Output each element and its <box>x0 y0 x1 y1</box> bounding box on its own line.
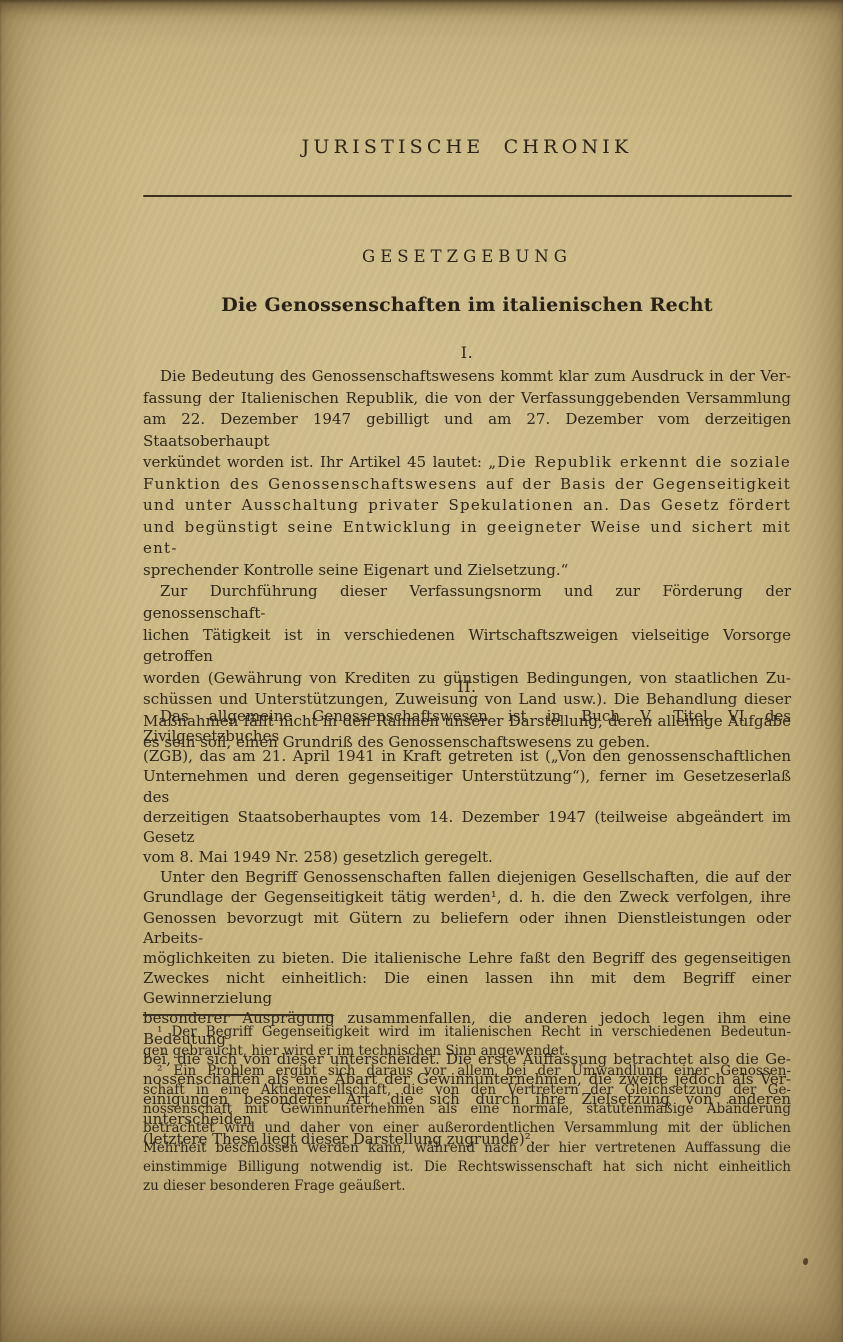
paragraph: Die Bedeutung des Genossenschaftswesens … <box>143 366 791 581</box>
text-line: ¹ Der Begriff Gegenseitigkeit wird im it… <box>143 1023 791 1042</box>
text-line: Unter den Begriff Genossenschaften falle… <box>143 867 791 887</box>
footnotes: ¹ Der Begriff Gegenseitigkeit wird im it… <box>143 1023 791 1196</box>
text-line: möglichkeiten zu bieten. Die italienisch… <box>143 948 791 968</box>
scanned-page: JURISTISCHE CHRONIK GESETZGEBUNG Die Gen… <box>0 0 843 1342</box>
text-line: lichen Tätigkeit ist in verschiedenen Wi… <box>143 625 791 668</box>
emphasized-quote-text: und begünstigt seine Entwicklung in geei… <box>143 517 791 560</box>
section-numeral-2: II. <box>143 677 791 696</box>
text-line: (ZGB), das am 21. April 1941 in Kraft ge… <box>143 746 791 766</box>
footnote-rule <box>143 1014 333 1016</box>
footnote-2: ² Ein Problem ergibt sich daraus vor all… <box>143 1062 791 1197</box>
text-line: einstimmige Billigung notwendig ist. Die… <box>143 1158 791 1177</box>
text-line: Unternehmen und deren gegenseitiger Unte… <box>143 766 791 806</box>
footnote-1: ¹ Der Begriff Gegenseitigkeit wird im it… <box>143 1023 791 1062</box>
text-line: fassung der Italienischen Republik, die … <box>143 388 791 410</box>
text-line: Grundlage der Gegenseitigkeit tätig werd… <box>143 887 791 907</box>
text-line: Genossen bevorzugt mit Gütern zu beliefe… <box>143 908 791 948</box>
journal-title: JURISTISCHE CHRONIK <box>143 136 791 158</box>
section-kicker: GESETZGEBUNG <box>143 247 791 266</box>
paragraph: Das allgemeine Genossenschaftswesen ist … <box>143 706 791 867</box>
text-line: Zweckes nicht einheitlich: Die einen las… <box>143 968 791 1008</box>
emphasized-quote-text: „Die Republik erkennt die soziale <box>488 453 791 471</box>
text-line: gen gebraucht, hier wird er im technisch… <box>143 1042 791 1061</box>
emphasized-quote-text: und unter Ausschaltung privater Spekulat… <box>143 495 791 517</box>
article-title: Die Genossenschaften im italienischen Re… <box>143 294 791 316</box>
text-line: sprechender Kontrolle seine Eigenart und… <box>143 560 791 582</box>
text-line: verkündet worden ist. Ihr Artikel 45 lau… <box>143 452 791 474</box>
text-line: Zur Durchführung dieser Verfassungsnorm … <box>143 581 791 624</box>
emphasized-quote-text: Funktion des Genossenschaftswesens auf d… <box>143 474 791 496</box>
text-line: schaft in eine Aktiengesellschaft, die v… <box>143 1081 791 1100</box>
header-rule <box>143 195 792 197</box>
text-line: betrachtet wird und daher von einer auße… <box>143 1119 791 1138</box>
text-line: derzeitigen Staatsoberhauptes vom 14. De… <box>143 807 791 847</box>
text-line: ² Ein Problem ergibt sich daraus vor all… <box>143 1062 791 1081</box>
text-line: zu dieser besonderen Frage geäußert. <box>143 1177 791 1196</box>
text-line: vom 8. Mai 1949 Nr. 258) gesetzlich gere… <box>143 847 791 867</box>
text-line: Die Bedeutung des Genossenschaftswesens … <box>143 366 791 388</box>
section-numeral-1: I. <box>143 343 791 362</box>
text-line: Das allgemeine Genossenschaftswesen ist … <box>143 706 791 746</box>
text-line: Mehrheit beschlossen werden kann, währen… <box>143 1139 791 1158</box>
text-line: nossenschaft mit Gewinnunternehmen als e… <box>143 1100 791 1119</box>
text-line: am 22. Dezember 1947 gebilligt und am 27… <box>143 409 791 452</box>
text-segment: verkündet worden ist. Ihr Artikel 45 lau… <box>143 453 488 471</box>
ink-speck <box>802 1258 808 1266</box>
